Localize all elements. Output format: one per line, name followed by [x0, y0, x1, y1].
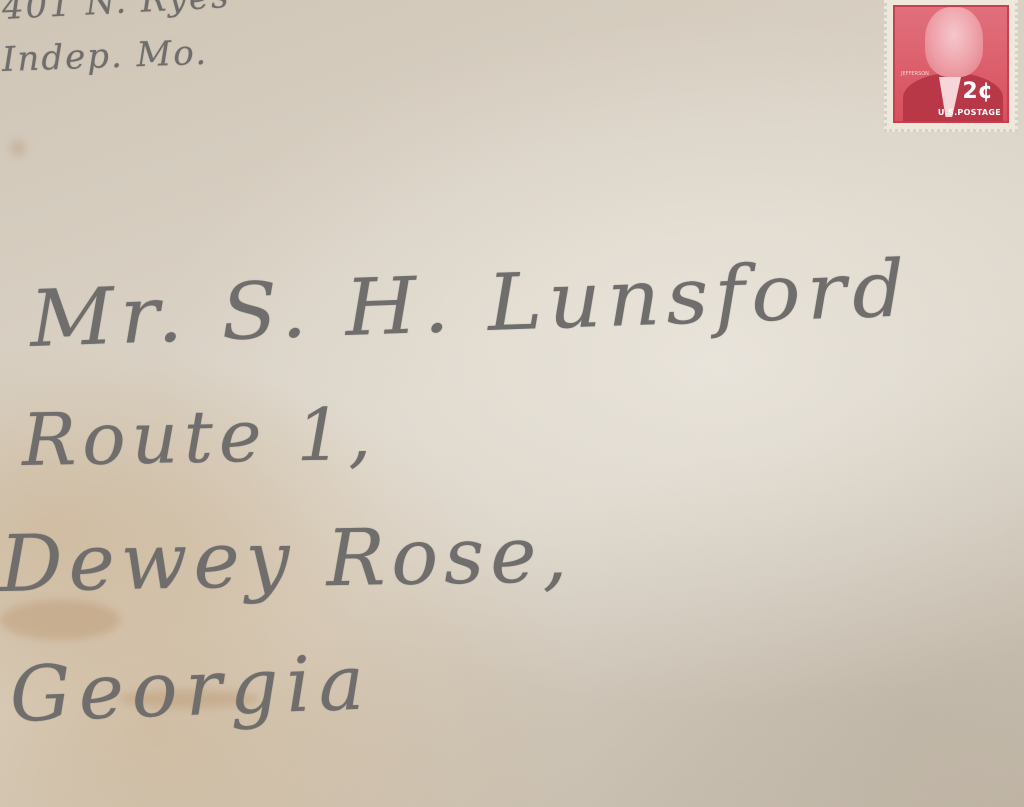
stamp-denomination: 2¢	[962, 79, 993, 104]
envelope: 401 N. Ryes Indep. Mo. JEFFERSON 2¢ U.S.…	[0, 0, 1024, 807]
postage-stamp: JEFFERSON 2¢ U.S.POSTAGE	[884, 0, 1018, 132]
recipient-name: Mr. S. H. Lunsford	[28, 244, 912, 365]
recipient-route: Route 1,	[21, 392, 377, 482]
stamp-nameplate: JEFFERSON	[901, 71, 929, 77]
stamp-postage-label: U.S.POSTAGE	[938, 108, 1001, 117]
stamp-face: JEFFERSON 2¢ U.S.POSTAGE	[893, 5, 1009, 123]
return-address-street: 401 N. Ryes	[1, 0, 231, 28]
return-address-city: Indep. Mo.	[1, 33, 208, 80]
recipient-state: Georgia	[8, 637, 373, 739]
recipient-city: Dewey Rose,	[0, 510, 574, 610]
jefferson-portrait-icon	[925, 7, 983, 77]
water-stain	[10, 140, 26, 156]
